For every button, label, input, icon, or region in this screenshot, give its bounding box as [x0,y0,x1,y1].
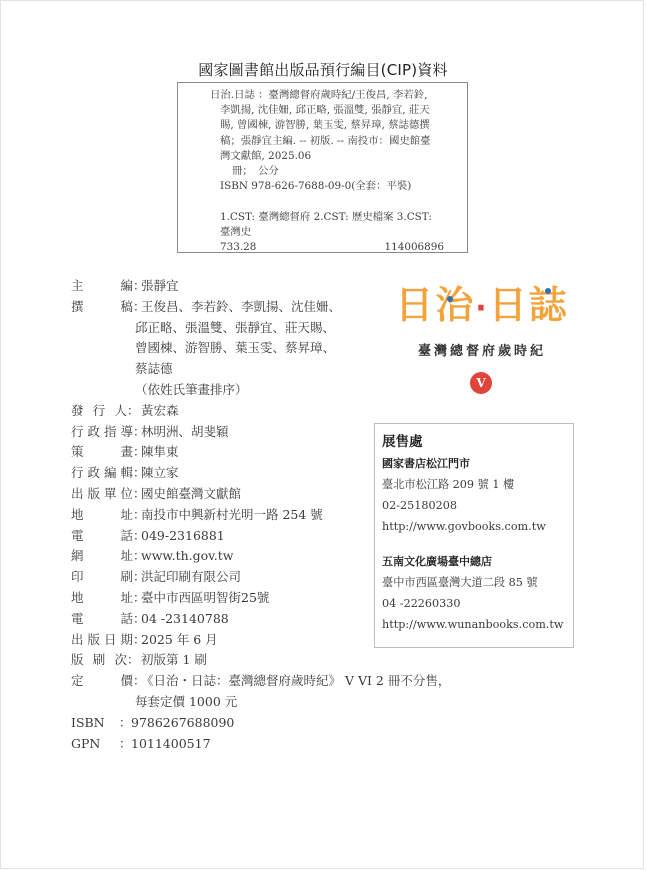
credit-label: 地址 [71,505,133,526]
credit-label: 網址 [71,546,133,567]
credit-label: 撰稿 [71,297,133,318]
credit-value: 初版第 1 刷 [141,650,471,671]
store-phone: 02-25180208 [382,495,572,516]
credit-isbn: ISBN ： 9786267688090 [71,713,471,734]
credit-label: 定價 [71,671,133,692]
series-subtitle: 臺灣總督府歲時紀 [392,340,572,359]
volume-badge: V [470,372,492,394]
credit-label: 印刷 [71,567,133,588]
cip-physical: 冊； 公分 [210,164,450,179]
credit-value: 1011400517 [131,734,471,755]
store-url[interactable]: http://www.govbooks.com.tw [382,516,572,537]
cip-subjects: 1.CST: 臺灣總督府 2.CST: 歷史檔案 3.CST: [210,210,450,225]
credit-value: 《日治・日誌：臺灣總督府歲時紀》 V VI 2 冊不分售， [141,671,471,692]
credit-label: 策畫 [71,442,133,463]
sales-heading: 展售處 [382,431,572,453]
cip-record-line: 賜, 曾國棟, 游智勝, 葉玉雯, 蔡昇璋, 蔡誌德撰 [210,118,450,133]
store-name: 國家書店松江門市 [382,453,572,474]
credit-label: 行政編輯 [71,463,133,484]
cip-record-line: 日治.日誌 ：臺灣總督府歲時紀/王俊昌, 李若鈴, [210,88,450,103]
credit-label: 電話 [71,609,133,630]
credit-label: 地址 [71,588,133,609]
credit-label: GPN [71,734,119,755]
credit-label: 發行人 [71,401,127,422]
store-address: 臺北市松江路 209 號 1 樓 [382,474,572,495]
store-phone: 04 -22260330 [382,593,572,614]
credit-label: 主編 [71,276,133,297]
cip-subjects-cont: 臺灣史 [210,225,450,240]
store-address: 臺中市西區臺灣大道二段 85 號 [382,572,572,593]
blue-dot-icon [447,296,453,302]
credit-label: 行政指導 [71,422,133,443]
credit-gpn: GPN ： 1011400517 [71,734,471,755]
credit-price-cont: 每套定價 1000 元 [71,692,471,713]
cip-record: 日治.日誌 ：臺灣總督府歲時紀/王俊昌, 李若鈴, 李凱揚, 沈佳姍, 邱正略,… [210,88,450,255]
credit-value: 黃宏森 [141,401,471,422]
cip-record-line: 灣文獻館, 2025.06 [210,149,450,164]
cip-classification: 733.28 [220,240,256,255]
credit-label: 電話 [71,526,133,547]
store-name: 五南文化廣場臺中總店 [382,551,572,572]
credit-publisher: 發行人 ： 黃宏森 [71,401,471,422]
credit-label: 版刷次 [71,650,127,671]
cip-record-number: 114006896 [385,240,445,255]
store-url[interactable]: http://www.wunanbooks.com.tw [382,614,572,635]
sales-outlets: 展售處 國家書店松江門市 臺北市松江路 209 號 1 樓 02-2518020… [382,431,572,635]
credit-label: 出版日期 [71,630,133,651]
cip-title: 國家圖書館出版品預行編目(CIP)資料 [0,59,646,80]
blue-dot-icon [545,288,551,294]
credit-value: 9786267688090 [131,713,471,734]
cip-record-line: 稿；張靜宜主編. -- 初版. -- 南投市：國史館臺 [210,134,450,149]
cip-isbn: ISBN 978-626-7688-09-0(全套：平裝) [210,179,450,194]
credit-edition: 版刷次 ： 初版第 1 刷 [71,650,471,671]
credit-label: 出版單位 [71,484,133,505]
cip-record-line: 李凱揚, 沈佳姍, 邱正略, 張溫雙, 張靜宜, 莊天 [210,103,450,118]
credit-price: 定價 ： 《日治・日誌：臺灣總督府歲時紀》 V VI 2 冊不分售， [71,671,471,692]
credit-label: ISBN [71,713,119,734]
series-logo: 日治·日誌 臺灣總督府歲時紀 V [392,282,572,402]
